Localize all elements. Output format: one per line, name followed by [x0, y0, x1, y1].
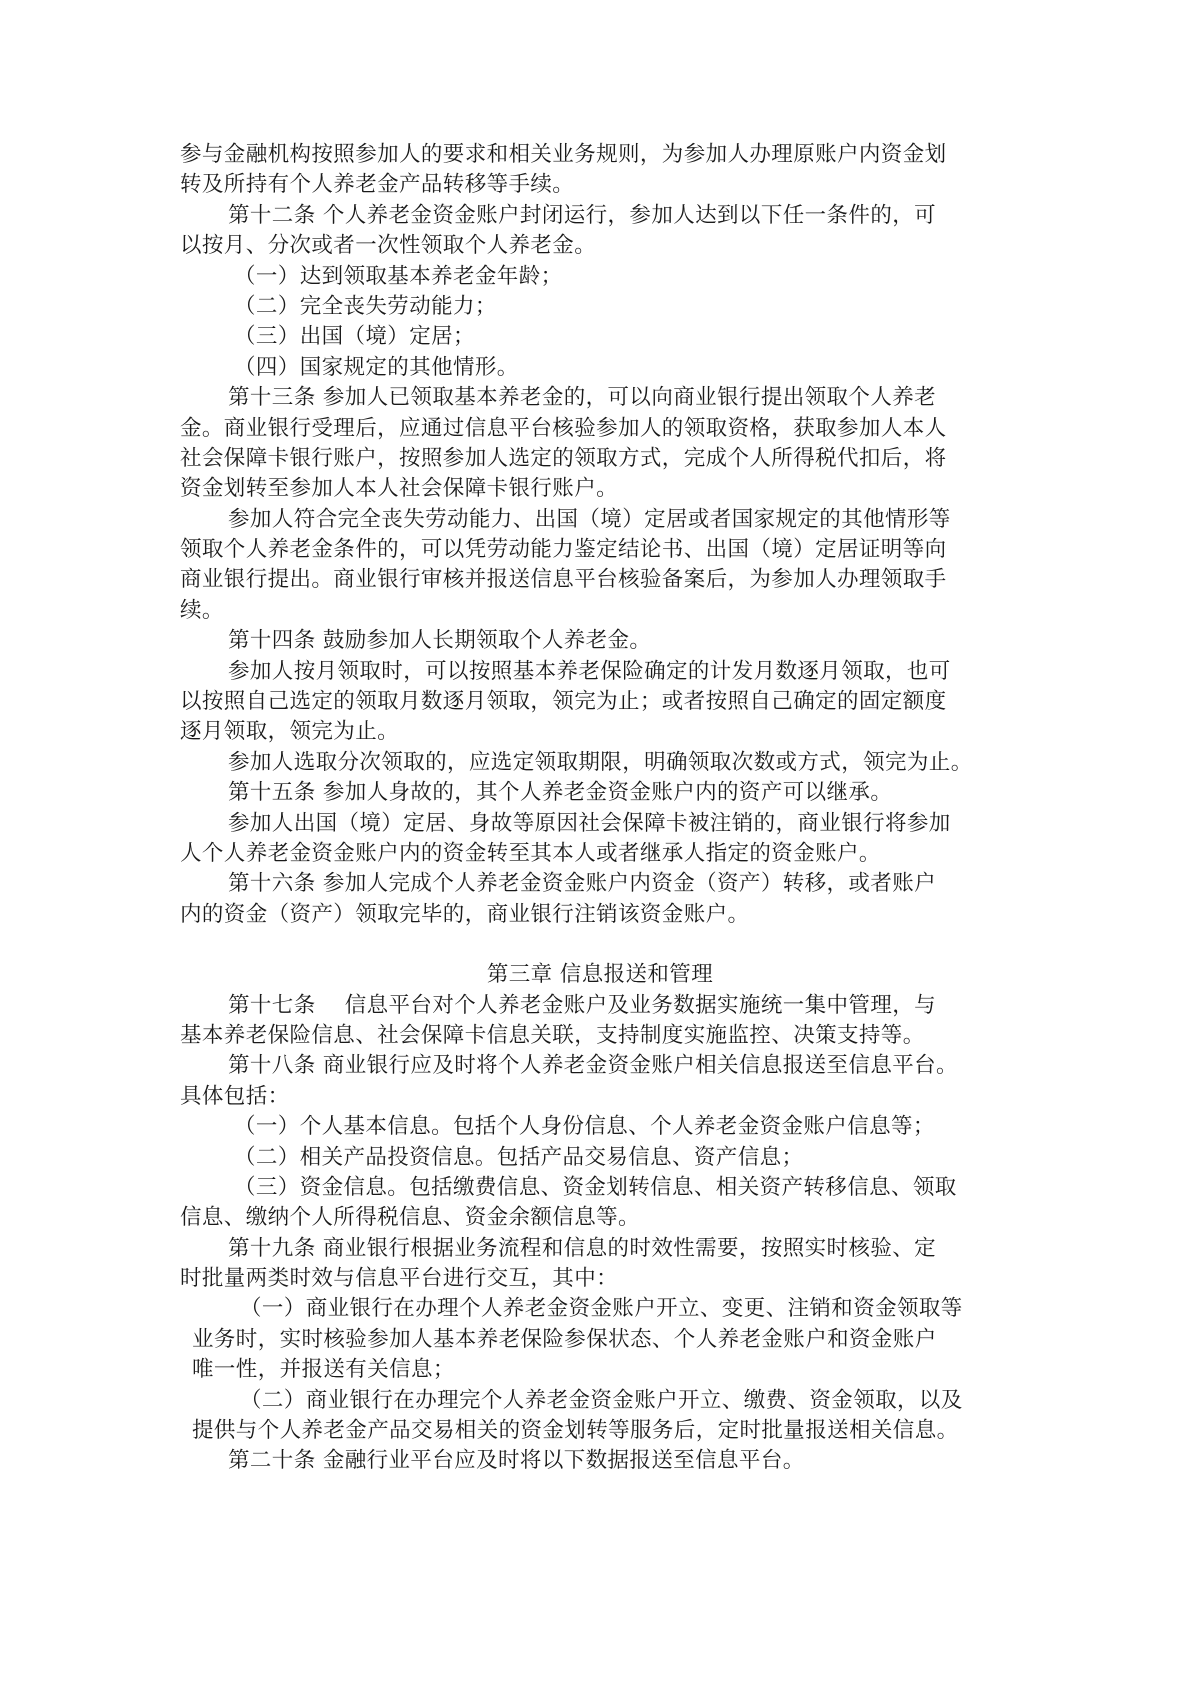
text-line: 社会保障卡银行账户，按照参加人选定的领取方式，完成个人所得税代扣后，将	[180, 444, 1020, 474]
document-body-part2: 第十七条 信息平台对个人养老金账户及业务数据实施统一集中管理，与基本养老保险信息…	[180, 991, 1020, 1477]
text-line: 领取个人养老金条件的，可以凭劳动能力鉴定结论书、出国（境）定居证明等向	[180, 535, 1020, 565]
text-line: （二）商业银行在办理完个人养老金资金账户开立、缴费、资金领取，以及	[180, 1386, 1020, 1416]
text-line: 逐月领取，领完为止。	[180, 717, 1020, 747]
text-line: 金。商业银行受理后，应通过信息平台核验参加人的领取资格，获取参加人本人	[180, 414, 1020, 444]
text-line: 时批量两类时效与信息平台进行交互，其中：	[180, 1264, 1020, 1294]
text-line: （一）达到领取基本养老金年龄；	[180, 262, 1020, 292]
text-line: 第十二条 个人养老金资金账户封闭运行，参加人达到以下任一条件的，可	[180, 201, 1020, 231]
text-line: （二）相关产品投资信息。包括产品交易信息、资产信息；	[180, 1143, 1020, 1173]
text-line: 参加人符合完全丧失劳动能力、出国（境）定居或者国家规定的其他情形等	[180, 505, 1020, 535]
text-line: 第十五条 参加人身故的，其个人养老金资金账户内的资产可以继承。	[180, 778, 1020, 808]
text-line: 资金划转至参加人本人社会保障卡银行账户。	[180, 474, 1020, 504]
text-line: （二）完全丧失劳动能力；	[180, 292, 1020, 322]
text-line: 商业银行提出。商业银行审核并报送信息平台核验备案后，为参加人办理领取手	[180, 565, 1020, 595]
text-line: 具体包括：	[180, 1082, 1020, 1112]
text-line: 第十七条 信息平台对个人养老金账户及业务数据实施统一集中管理，与	[180, 991, 1020, 1021]
text-line: （一）个人基本信息。包括个人身份信息、个人养老金资金账户信息等；	[180, 1112, 1020, 1142]
text-line: 转及所持有个人养老金产品转移等手续。	[180, 170, 1020, 200]
text-line: （三）出国（境）定居；	[180, 322, 1020, 352]
text-line: 第十四条 鼓励参加人长期领取个人养老金。	[180, 626, 1020, 656]
text-line: 提供与个人养老金产品交易相关的资金划转等服务后，定时批量报送相关信息。	[180, 1416, 1020, 1446]
text-line: 第十八条 商业银行应及时将个人养老金资金账户相关信息报送至信息平台。	[180, 1051, 1020, 1081]
text-line: 内的资金（资产）领取完毕的，商业银行注销该资金账户。	[180, 900, 1020, 930]
text-line: 参加人出国（境）定居、身故等原因社会保障卡被注销的，商业银行将参加	[180, 809, 1020, 839]
text-line: 人个人养老金资金账户内的资金转至其本人或者继承人指定的资金账户。	[180, 839, 1020, 869]
document-page: 参与金融机构按照参加人的要求和相关业务规则，为参加人办理原账户内资金划转及所持有…	[180, 140, 1020, 1477]
text-line: 参加人按月领取时，可以按照基本养老保险确定的计发月数逐月领取，也可	[180, 657, 1020, 687]
text-line: 第二十条 金融行业平台应及时将以下数据报送至信息平台。	[180, 1446, 1020, 1476]
text-line: 参加人选取分次领取的，应选定领取期限，明确领取次数或方式，领完为止。	[180, 748, 1020, 778]
text-line: （四）国家规定的其他情形。	[180, 353, 1020, 383]
text-line: 参与金融机构按照参加人的要求和相关业务规则，为参加人办理原账户内资金划	[180, 140, 1020, 170]
text-line: 以按月、分次或者一次性领取个人养老金。	[180, 231, 1020, 261]
text-line: 第十九条 商业银行根据业务流程和信息的时效性需要，按照实时核验、定	[180, 1234, 1020, 1264]
text-line: 第十六条 参加人完成个人养老金资金账户内资金（资产）转移，或者账户	[180, 869, 1020, 899]
section-gap	[180, 930, 1020, 960]
text-line: 信息、缴纳个人所得税信息、资金余额信息等。	[180, 1203, 1020, 1233]
text-line: 续。	[180, 596, 1020, 626]
text-line: 基本养老保险信息、社会保障卡信息关联，支持制度实施监控、决策支持等。	[180, 1021, 1020, 1051]
text-line: 唯一性，并报送有关信息；	[180, 1355, 1020, 1385]
text-line: 第十三条 参加人已领取基本养老金的，可以向商业银行提出领取个人养老	[180, 383, 1020, 413]
text-line: （一）商业银行在办理个人养老金资金账户开立、变更、注销和资金领取等	[180, 1294, 1020, 1324]
text-line: 以按照自己选定的领取月数逐月领取，领完为止；或者按照自己确定的固定额度	[180, 687, 1020, 717]
document-body-part1: 参与金融机构按照参加人的要求和相关业务规则，为参加人办理原账户内资金划转及所持有…	[180, 140, 1020, 930]
text-line: （三）资金信息。包括缴费信息、资金划转信息、相关资产转移信息、领取	[180, 1173, 1020, 1203]
chapter-title: 第三章 信息报送和管理	[180, 960, 1020, 990]
text-line: 业务时，实时核验参加人基本养老保险参保状态、个人养老金账户和资金账户	[180, 1325, 1020, 1355]
